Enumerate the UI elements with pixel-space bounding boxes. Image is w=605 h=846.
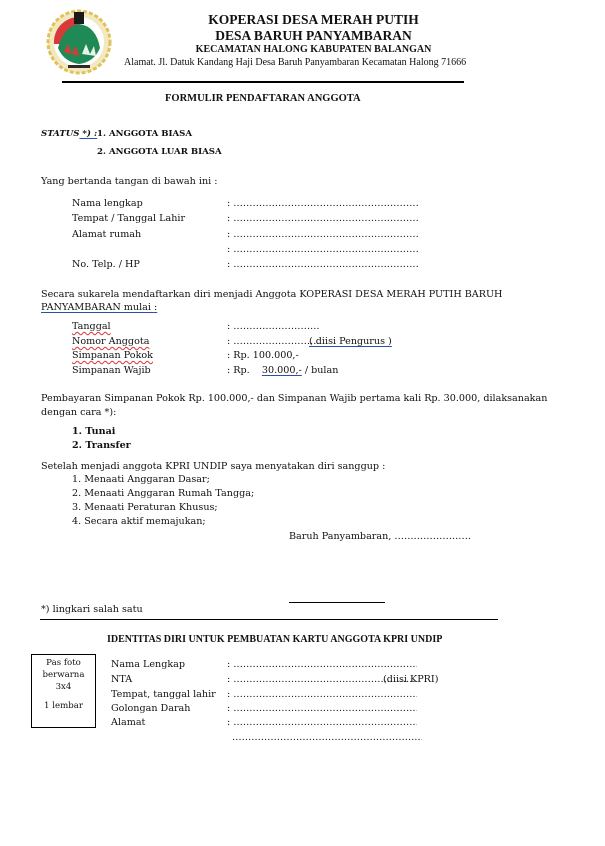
card-field-value[interactable]: : …………………………………………………………… <box>227 717 417 728</box>
header-address: Alamat. Jl. Datuk Kandang Haji Desa Baru… <box>124 57 466 68</box>
personal-field-label: Alamat rumah <box>72 229 141 240</box>
photo-line-2: berwarna <box>32 669 95 681</box>
field-value-tanggal[interactable]: : ……………………… <box>227 321 320 332</box>
registration-text-line2: PANYAMBARAN mulai : <box>41 302 157 313</box>
commitment-item: 4. Secara aktif memajukan; <box>72 516 206 527</box>
field-label-simpanan-wajib: Simpanan Wajib <box>72 365 151 376</box>
personal-field-value[interactable]: : ……………………………………………………………… <box>227 259 419 270</box>
photo-line-3: 3x4 <box>32 681 95 693</box>
intro-text: Yang bertanda tangan di bawah ini : <box>41 176 217 187</box>
nomor-anggota-note: ( diisi Pengurus ) <box>309 336 392 347</box>
header-title-line2: DESA BARUH PANYAMBARAN <box>0 28 605 44</box>
card-field-label: Golongan Darah <box>111 703 190 714</box>
signature-place-date[interactable]: Baruh Panyambaran, …………………… <box>289 531 471 542</box>
registration-text-line1: Secara sukarela mendaftarkan diri menjad… <box>41 289 502 300</box>
field-label-nomor-anggota: Nomor Anggota <box>72 336 149 347</box>
card-field-value[interactable]: : …………………………………………………………… <box>227 703 417 714</box>
card-section-title: IDENTITAS DIRI UNTUK PEMBUATAN KARTU ANG… <box>107 634 442 645</box>
payment-method-tunai[interactable]: 1. Tunai <box>72 426 115 437</box>
field-label-simpanan-pokok: Simpanan Pokok <box>72 350 153 361</box>
payment-text-line1: Pembayaran Simpanan Pokok Rp. 100.000,- … <box>41 393 547 404</box>
field-value-nomor-anggota[interactable]: : ……………………… <box>227 336 320 347</box>
commitment-intro: Setelah menjadi anggota KPRI UNDIP saya … <box>41 461 385 472</box>
card-field-label: Tempat, tanggal lahir <box>111 689 216 700</box>
commitment-item: 2. Menaati Anggaran Rumah Tangga; <box>72 488 254 499</box>
card-field-label: Nama Lengkap <box>111 659 185 670</box>
photo-placeholder-box: Pas foto berwarna 3x4 1 lembar <box>31 654 96 728</box>
personal-field-value[interactable]: : ……………………………………………………………… <box>227 229 419 240</box>
card-field-label: NTA <box>111 674 132 685</box>
personal-field-value[interactable]: : ……………………………………………………………… <box>227 213 419 224</box>
field-value-simpanan-pokok: : Rp. 100.000,- <box>227 350 299 361</box>
card-field-note: (diisi KPRI) <box>383 674 438 685</box>
personal-field-value[interactable]: : ……………………………………………………………… <box>227 244 419 255</box>
field-value-simpanan-wajib: : Rp. 30.000,- / bulan <box>227 365 338 376</box>
status-label: STATUS *) : <box>41 129 97 139</box>
photo-line-4: 1 lembar <box>32 700 95 712</box>
status-option-2[interactable]: 2. ANGGOTA LUAR BIASA <box>97 147 222 157</box>
photo-line-1: Pas foto <box>32 657 95 669</box>
commitment-item: 3. Menaati Peraturan Khusus; <box>72 502 218 513</box>
card-field-value[interactable]: …………………………………………………………… <box>232 732 422 743</box>
card-field-value[interactable]: : …………………………………………………………… <box>227 659 417 670</box>
header-subtitle: KECAMATAN HALONG KABUPATEN BALANGAN <box>0 44 605 55</box>
header-title-line1: KOPERASI DESA MERAH PUTIH <box>0 12 605 28</box>
personal-field-label: Nama lengkap <box>72 198 143 209</box>
status-option-1[interactable]: 1. ANGGOTA BIASA <box>97 129 192 139</box>
form-title: FORMULIR PENDAFTARAN ANGGOTA <box>165 93 361 104</box>
field-label-tanggal: Tanggal <box>72 321 111 332</box>
personal-field-value[interactable]: : ……………………………………………………………… <box>227 198 419 209</box>
card-field-label: Alamat <box>111 717 145 728</box>
personal-field-label: No. Telp. / HP <box>72 259 140 270</box>
footnote: *) lingkari salah satu <box>41 604 143 615</box>
section-divider <box>40 619 498 620</box>
header-divider <box>62 81 464 83</box>
simpanan-wajib-amount: 30.000,- <box>262 365 302 376</box>
personal-field-label: Tempat / Tanggal Lahir <box>72 213 185 224</box>
payment-method-transfer[interactable]: 2. Transfer <box>72 440 131 451</box>
payment-text-line2: dengan cara *): <box>41 407 116 418</box>
commitment-item: 1. Menaati Anggaran Dasar; <box>72 474 210 485</box>
signature-line <box>289 602 385 603</box>
card-field-value[interactable]: : …………………………………………………………… <box>227 689 417 700</box>
